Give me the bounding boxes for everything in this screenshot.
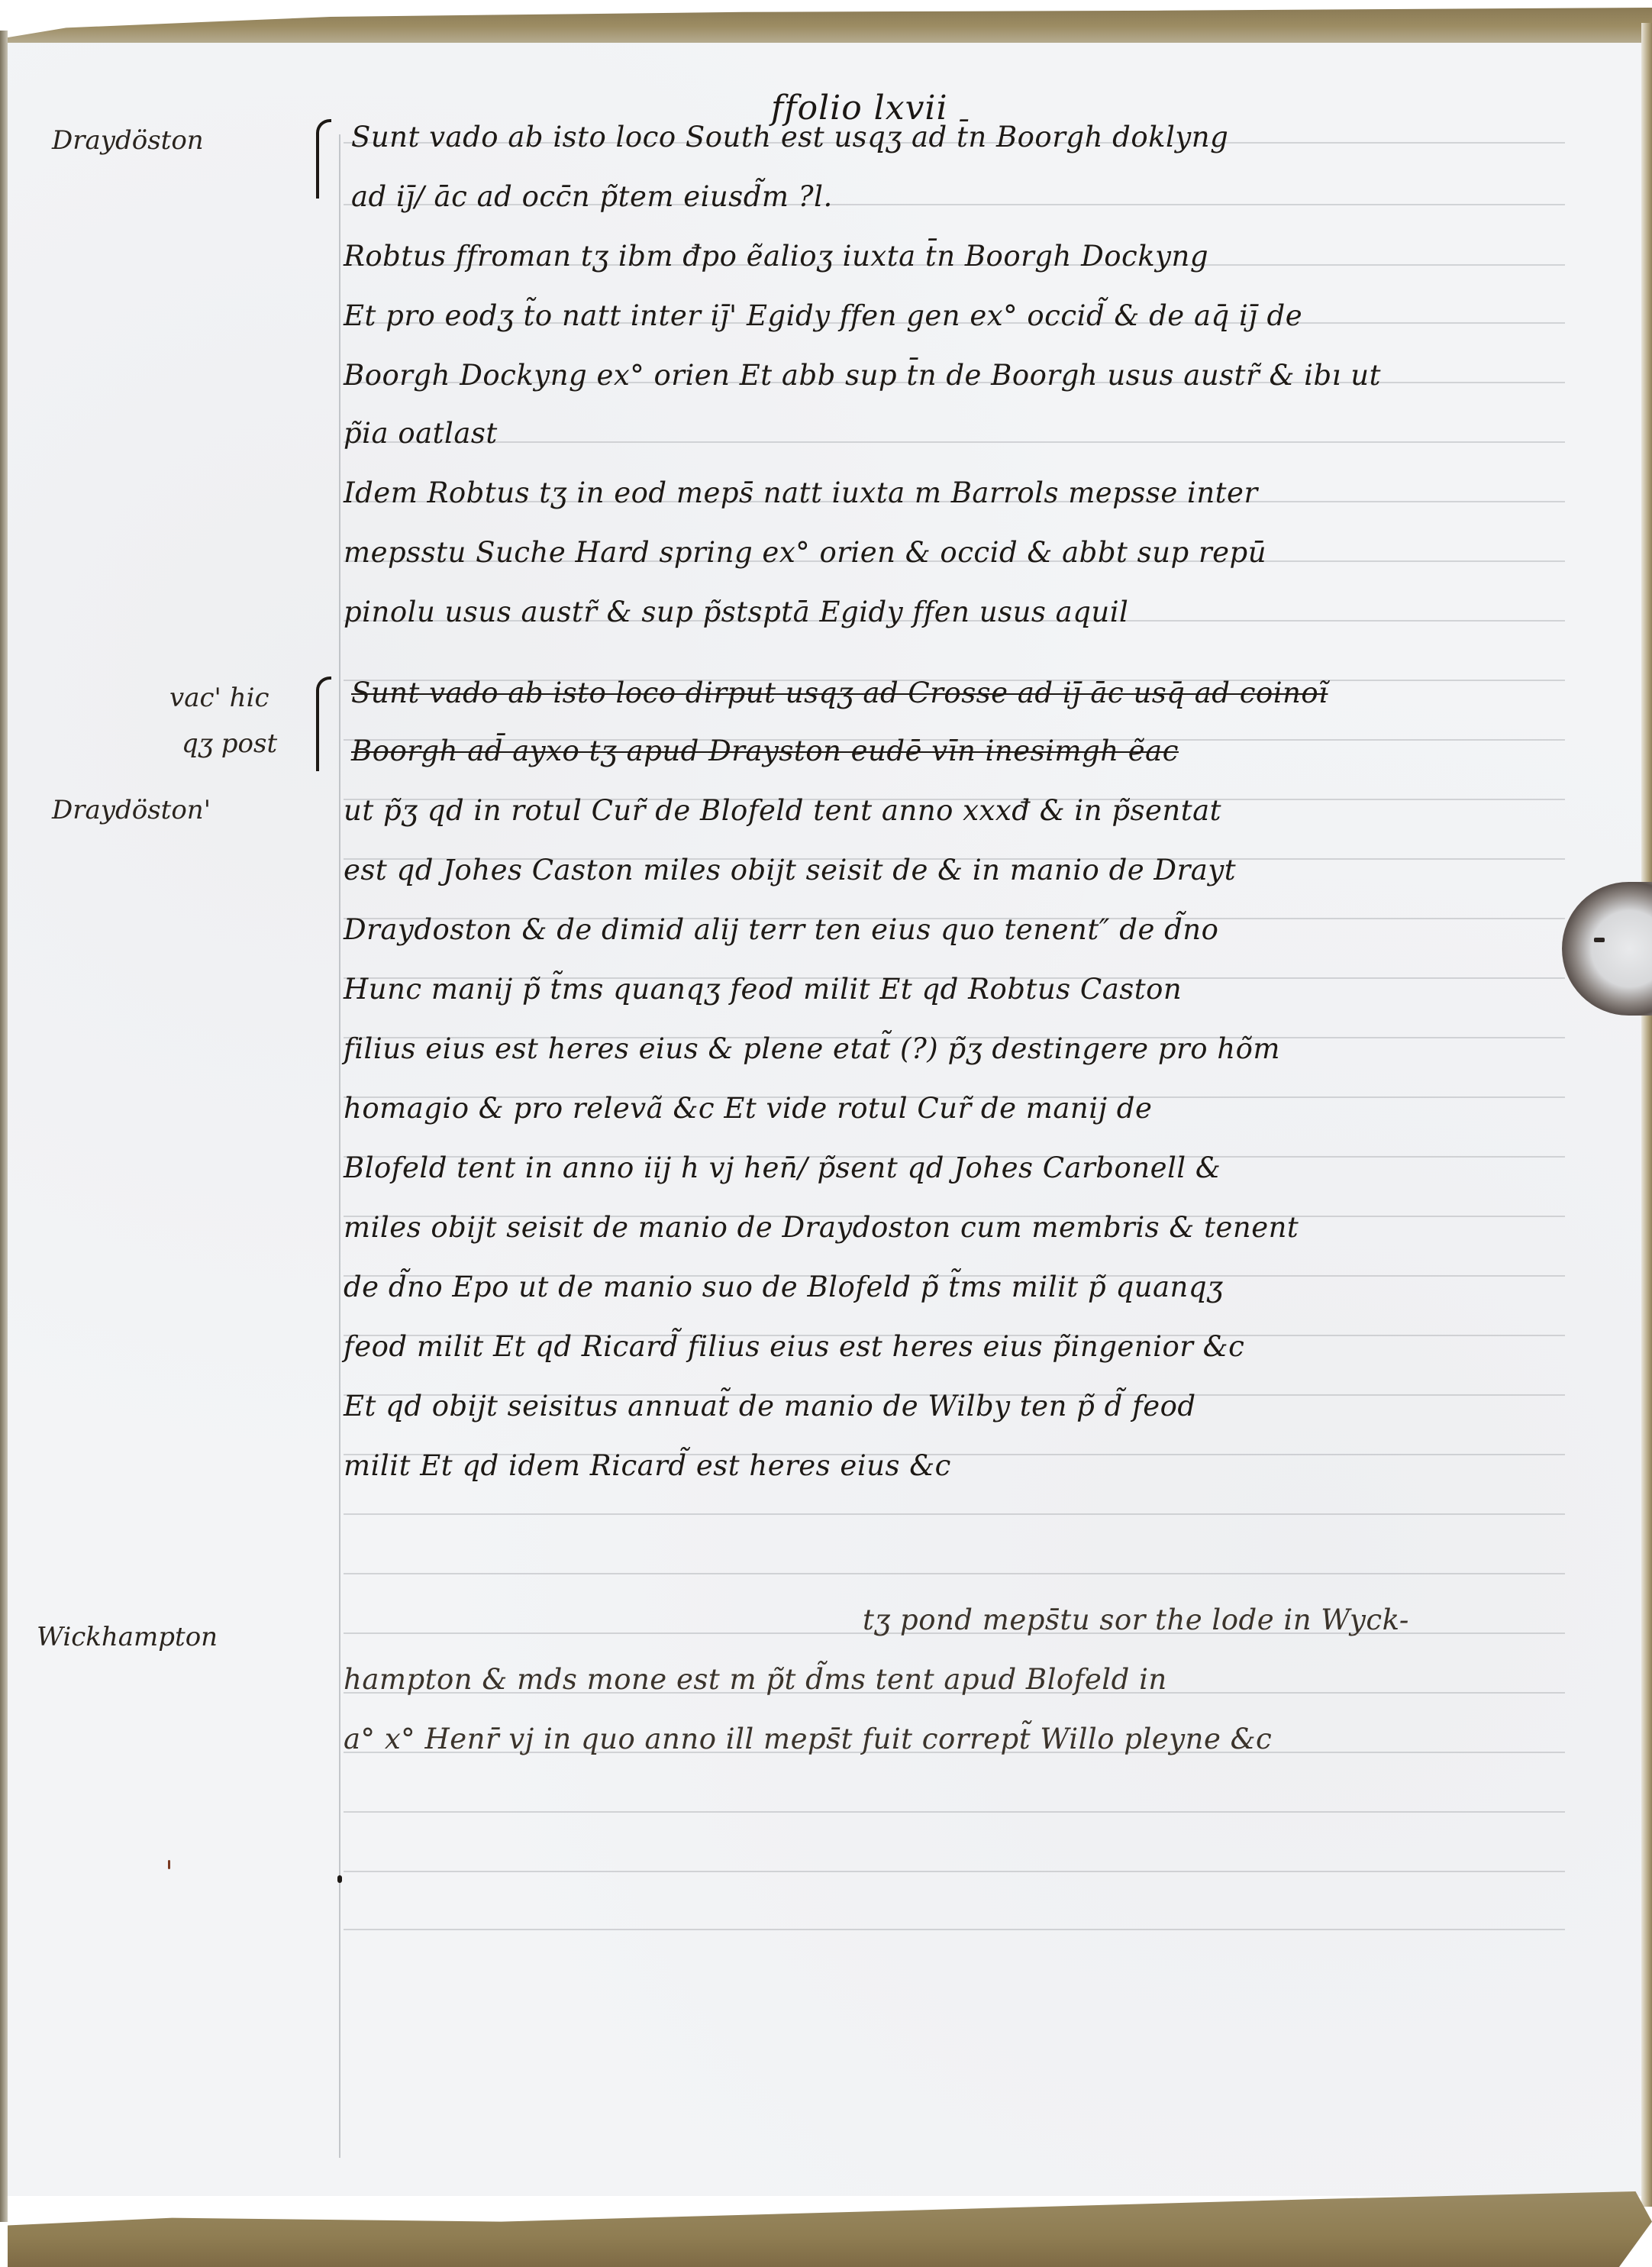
ink-dot [337, 1875, 342, 1883]
text-line: pinolu usus austr̃ & sup p̃stsptā Egidy… [344, 596, 1128, 628]
text-line: a° x° Henr̄ vj in quo anno ill meps̄t fu… [344, 1723, 1272, 1755]
bottom-page-edge [8, 2191, 1652, 2267]
ruled-line [344, 1811, 1565, 1813]
text-line: Boorgh Dockyng ex° orien Et abb sup t̄n … [344, 359, 1381, 392]
text-line: Draydoston & de dimid alij terr ten eius… [344, 913, 1218, 946]
ruled-line [344, 1513, 1565, 1515]
text-line: Sunt vado ab isto loco South est usqʒ ad… [351, 121, 1228, 153]
margin-note-post: qʒ post [182, 728, 277, 759]
paragraph-bracket [316, 677, 331, 771]
text-line: de d̃no Epo ut de manio suo de Blofeld p… [344, 1271, 1223, 1303]
text-line: Blofeld tent in anno iij h vj hen̄/ p̃se… [344, 1151, 1221, 1184]
text-line: miles obijt seisit de manio de Draydosto… [344, 1211, 1299, 1244]
text-line: Hunc manij p̃ t̃ms quanqʒ feod milit Et … [344, 973, 1182, 1006]
text-line: feod milit Et qd Ricard̃ filius eius est… [344, 1330, 1244, 1363]
struck-text-line: Boorgh ad̄ ayxo tʒ apud Drayston eudē v… [351, 735, 1179, 767]
ink-speck [168, 1860, 170, 1869]
margin-note-vacat: vac' hic [169, 683, 269, 713]
text-line: mepsstu Suche Hard spring ex° orien & oc… [344, 536, 1266, 569]
text-line: ad ij̄/ āc ad occ̄n p̃tem eiusd̃m ?l. [351, 180, 833, 213]
top-page-edge [0, 8, 1652, 44]
left-page-edge [0, 31, 8, 2222]
right-page-edge [1641, 23, 1652, 2207]
text-line: milit Et qd idem Ricard̃ est heres eius … [344, 1449, 951, 1482]
margin-ruling [339, 134, 340, 2158]
text-line: Idem Robtus tʒ in eod meps̄ natt iuxta m… [344, 476, 1258, 509]
manuscript-page: ffolio lxvii Draydöston vac' hic qʒ post… [8, 43, 1641, 2196]
text-line: est qd Johes Caston miles obijt seisit d… [344, 854, 1236, 886]
ruled-line [344, 1929, 1565, 1930]
paragraph-bracket [316, 119, 331, 199]
clasp-pin [1594, 938, 1605, 942]
text-line: Robtus ffroman tʒ ibm đpo ẽalioʒ iuxta t… [344, 240, 1208, 273]
text-line: tʒ pond meps̄tu sor the lode in Wyck- [863, 1603, 1409, 1636]
margin-note-wickhampton: Wickhampton [37, 1622, 218, 1652]
text-line: filius eius est heres eius & plene etat̃… [344, 1032, 1280, 1065]
struck-text-line: Sunt vado ab isto loco dirput usqʒ ad Cr… [351, 677, 1328, 709]
ruled-line [344, 441, 1565, 443]
text-line: hampton & mds mone est m p̃t d̃ms tent a… [344, 1663, 1167, 1696]
text-line: ut p̃ʒ qd in rotul Cur̃ de Blofeld tent … [344, 794, 1221, 827]
ruled-line [344, 1573, 1565, 1574]
margin-note-draydoston: Draydöston [52, 125, 204, 156]
text-line: Et pro eodʒ t̃o natt inter ij̄' Egidy ff… [344, 299, 1302, 332]
manuscript-scan: ffolio lxvii Draydöston vac' hic qʒ post… [0, 0, 1652, 2267]
margin-note-draydoston-2: Draydöston' [52, 795, 211, 825]
text-line: Et qd obijt seisitus annuat̃ de manio de… [344, 1390, 1196, 1423]
text-line: homagio & pro relevã &c Et vide rotul C… [344, 1092, 1152, 1125]
ruled-line [344, 1871, 1565, 1872]
text-line: p̃ia oatlast [344, 417, 498, 450]
